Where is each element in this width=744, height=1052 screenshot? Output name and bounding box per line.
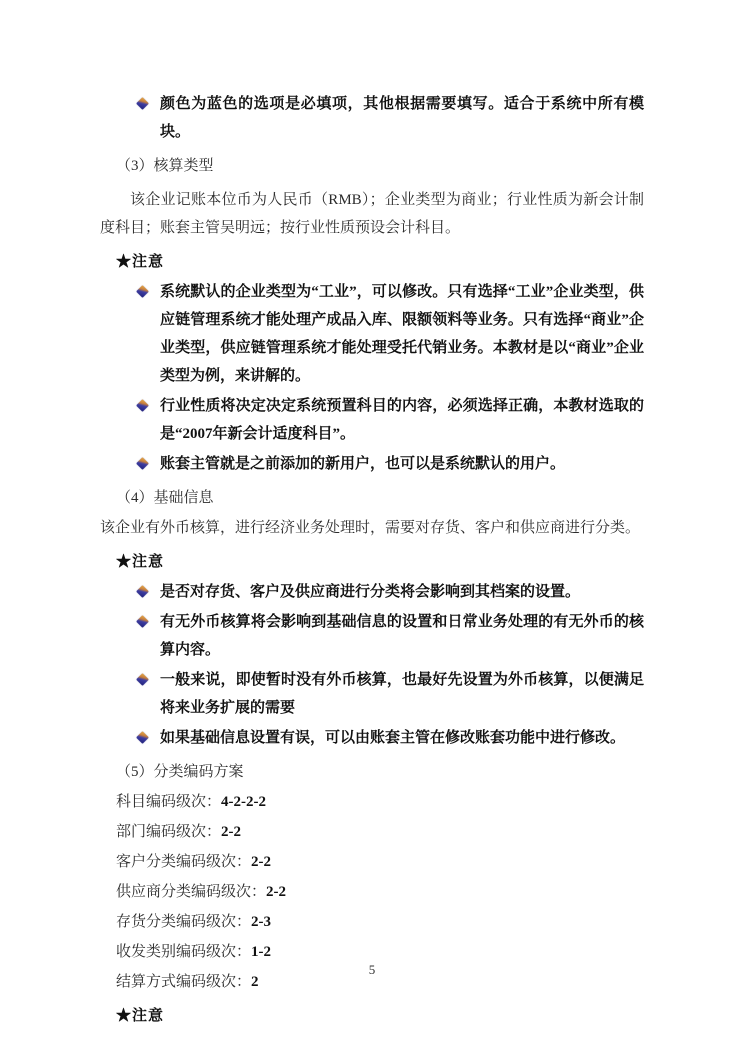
note-bullet-item: 有无外币核算将会影响到基础信息的设置和日常业务处理的有无外币的核算内容。	[100, 608, 644, 664]
diamond-bullet-icon	[136, 399, 149, 412]
section3-paragraph: 该企业记账本位币为人民币（RMB）；企业类型为商业；行业性质为新会计制度科目；账…	[100, 186, 644, 242]
diamond-bullet-icon	[136, 97, 149, 110]
section4-paragraph: 该企业有外币核算，进行经济业务处理时，需要对存货、客户和供应商进行分类。	[100, 514, 644, 542]
note-bullet-text: 系统默认的企业类型为“工业”，可以修改。只有选择“工业”企业类型，供应链管理系统…	[160, 284, 644, 384]
diamond-bullet-icon	[136, 615, 149, 628]
note-bullet-text: 如果基础信息设置有误，可以由账套主管在修改账套功能中进行修改。	[160, 730, 625, 746]
page-number: 5	[0, 956, 744, 984]
note-bullet-item: 如果基础信息设置有误，可以由账套主管在修改账套功能中进行修改。	[100, 724, 644, 752]
closing-note-label: ★注意	[100, 1002, 644, 1030]
section5-heading: （5）分类编码方案	[100, 758, 644, 786]
scheme-value: 2-2	[266, 884, 286, 900]
note-bullet-item: 系统默认的企业类型为“工业”，可以修改。只有选择“工业”企业类型，供应链管理系统…	[100, 278, 644, 390]
note-bullet-text: 行业性质将决定决定系统预置科目的内容，必须选择正确，本教材选取的是“2007年新…	[160, 398, 644, 442]
diamond-bullet-icon	[136, 673, 149, 686]
note-bullet-text: 有无外币核算将会影响到基础信息的设置和日常业务处理的有无外币的核算内容。	[160, 614, 644, 658]
scheme-label: 供应商分类编码级次：	[116, 884, 266, 900]
scheme-value: 2-2	[251, 854, 271, 870]
scheme-line: 存货分类编码级次：2-3	[100, 908, 644, 936]
note-bullet-item: 账套主管就是之前添加的新用户，也可以是系统默认的用户。	[100, 450, 644, 478]
diamond-bullet-icon	[136, 285, 149, 298]
scheme-line: 客户分类编码级次：2-2	[100, 848, 644, 876]
intro-bullet-item: 颜色为蓝色的选项是必填项，其他根据需要填写。适合于系统中所有模块。	[100, 90, 644, 146]
note-bullet-text: 是否对存货、客户及供应商进行分类将会影响到其档案的设置。	[160, 584, 580, 600]
section3-note-label: ★注意	[100, 248, 644, 276]
scheme-line: 部门编码级次：2-2	[100, 818, 644, 846]
diamond-bullet-icon	[136, 731, 149, 744]
note-bullet-item: 一般来说，即使暂时没有外币核算，也最好先设置为外币核算，以便满足将来业务扩展的需…	[100, 666, 644, 722]
scheme-label: 科目编码级次：	[116, 794, 221, 810]
scheme-line: 供应商分类编码级次：2-2	[100, 878, 644, 906]
scheme-label: 部门编码级次：	[116, 824, 221, 840]
section4-note-label: ★注意	[100, 548, 644, 576]
section3-heading: （3）核算类型	[100, 152, 644, 180]
scheme-value: 4-2-2-2	[221, 794, 266, 810]
diamond-bullet-icon	[136, 585, 149, 598]
scheme-value: 2-2	[221, 824, 241, 840]
scheme-label: 存货分类编码级次：	[116, 914, 251, 930]
section4-heading: （4）基础信息	[100, 484, 644, 512]
diamond-bullet-icon	[136, 457, 149, 470]
note-bullet-item: 是否对存货、客户及供应商进行分类将会影响到其档案的设置。	[100, 578, 644, 606]
intro-bullet-text: 颜色为蓝色的选项是必填项，其他根据需要填写。适合于系统中所有模块。	[160, 96, 644, 140]
note-bullet-text: 账套主管就是之前添加的新用户，也可以是系统默认的用户。	[160, 456, 565, 472]
note-bullet-text: 一般来说，即使暂时没有外币核算，也最好先设置为外币核算，以便满足将来业务扩展的需…	[160, 672, 644, 716]
scheme-line: 科目编码级次：4-2-2-2	[100, 788, 644, 816]
document-page: 颜色为蓝色的选项是必填项，其他根据需要填写。适合于系统中所有模块。 （3）核算类…	[0, 0, 744, 1052]
scheme-label: 客户分类编码级次：	[116, 854, 251, 870]
note-bullet-item: 行业性质将决定决定系统预置科目的内容，必须选择正确，本教材选取的是“2007年新…	[100, 392, 644, 448]
scheme-value: 2-3	[251, 914, 271, 930]
